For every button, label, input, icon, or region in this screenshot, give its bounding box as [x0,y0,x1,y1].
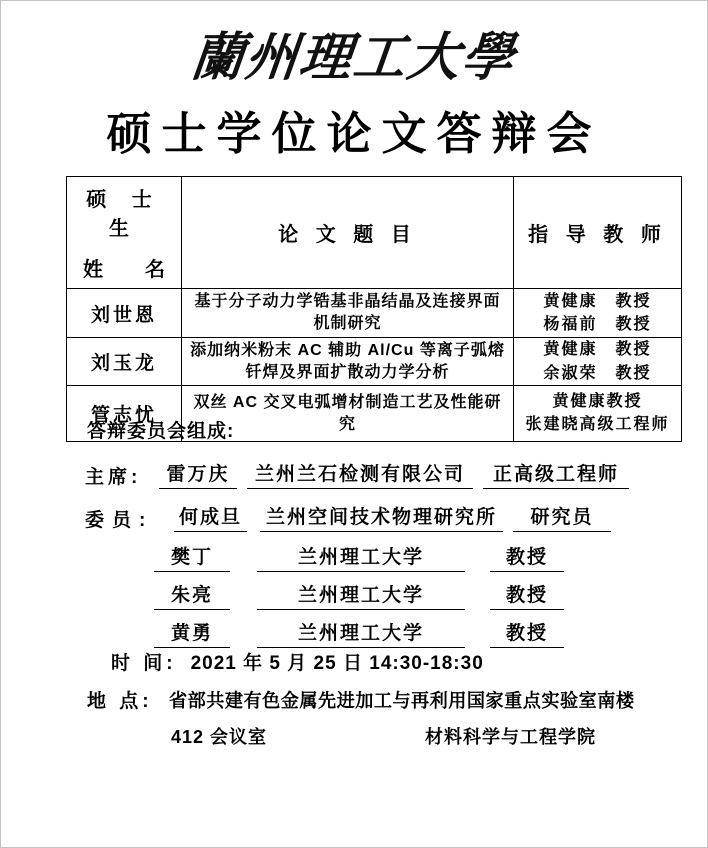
document-title: 硕士学位论文答辩会 [1,97,707,162]
header-ming: 名 [145,253,165,282]
header-student-line1: 硕 士 生 [81,183,167,241]
university-calligraphy-logo: 蘭州理工大學 [0,15,708,90]
place-value: 省部共建有色金属先进加工与再利用国家重点实验室南楼 [169,687,635,713]
place-row: 地 点: 省部共建有色金属先进加工与再利用国家重点实验室南楼 [87,686,644,713]
advisor-line: 黄健康教授 [514,390,681,413]
committee-member-row: 黄勇 兰州理工大学 教授 [1,618,707,648]
table-row: 刘世恩 基于分子动力学锆基非晶结晶及连接界面机制研究 黄健康 教授 杨福前 教授 [67,289,682,338]
student-name: 刘世恩 [67,289,182,338]
place-row-2: 412 会议室 材料科学与工程学院 [171,723,596,749]
header-student-line2: 姓 名 [81,253,167,282]
member-name: 黄勇 [154,618,230,648]
time-row: 时 间: 2021 年 5 月 25 日 14:30-18:30 [111,648,484,675]
chair-title: 正高级工程师 [483,459,629,489]
advisors: 黄健康 教授 杨福前 教授 [514,289,682,338]
thesis-title: 添加纳米粉末 AC 辅助 Al/Cu 等离子弧熔钎焊及界面扩散动力学分析 [182,338,514,386]
committee-member-row: 委员: 何成旦 兰州空间技术物理研究所 研究员 [1,502,707,532]
advisors: 黄健康 教授 余淑荣 教授 [514,338,682,386]
member-name: 朱亮 [154,580,230,610]
header-advisor: 指 导 教 师 [514,177,682,289]
header-thesis-title: 论 文 题 目 [182,177,514,289]
chair-label: 主席: [85,462,157,489]
advisor-line: 杨福前 教授 [514,313,681,336]
advisor-line: 黄健康 教授 [514,338,681,361]
table-header-row: 硕 士 生 姓 名 论 文 题 目 指 导 教 师 [67,177,682,289]
member-title: 教授 [490,618,564,648]
member-title: 教授 [490,542,564,572]
member-name: 樊丁 [154,542,230,572]
chair-org: 兰州兰石检测有限公司 [247,459,473,489]
advisor-line: 张建晓高级工程师 [514,413,681,436]
committee-chair-row: 主席: 雷万庆 兰州兰石检测有限公司 正高级工程师 [1,459,707,489]
member-title: 研究员 [513,502,611,532]
member-org: 兰州理工大学 [257,618,465,648]
advisor-line: 余淑荣 教授 [514,362,681,385]
committee-member-row: 朱亮 兰州理工大学 教授 [1,580,707,610]
defense-table: 硕 士 生 姓 名 论 文 题 目 指 导 教 师 刘世恩 基于分子动力学锆基非… [66,176,682,442]
member-org: 兰州理工大学 [257,542,465,572]
committee-heading: 答辩委员会组成: [87,416,234,443]
member-name: 何成旦 [174,502,247,532]
header-xing: 姓 [83,253,103,282]
chair-name: 雷万庆 [159,459,237,489]
table-row: 刘玉龙 添加纳米粉末 AC 辅助 Al/Cu 等离子弧熔钎焊及界面扩散动力学分析… [67,338,682,386]
college-name: 材料科学与工程学院 [425,723,596,749]
member-org: 兰州空间技术物理研究所 [260,502,503,532]
advisors: 黄健康教授 张建晓高级工程师 [514,386,682,442]
advisor-line: 黄健康 教授 [514,290,681,313]
document-page: 蘭州理工大學 硕士学位论文答辩会 硕 士 生 姓 名 论 文 题 目 指 导 教… [0,0,708,848]
member-org: 兰州理工大学 [257,580,465,610]
thesis-title: 基于分子动力学锆基非晶结晶及连接界面机制研究 [182,289,514,338]
student-name: 刘玉龙 [67,338,182,386]
member-title: 教授 [490,580,564,610]
header-student-name: 硕 士 生 姓 名 [67,177,182,289]
time-label: 时 间: [111,648,177,675]
place-label: 地 点: [87,686,153,713]
committee-member-row: 樊丁 兰州理工大学 教授 [1,542,707,572]
member-label: 委员: [85,505,171,532]
room-value: 412 会议室 [171,723,267,749]
time-value: 2021 年 5 月 25 日 14:30-18:30 [191,648,484,675]
